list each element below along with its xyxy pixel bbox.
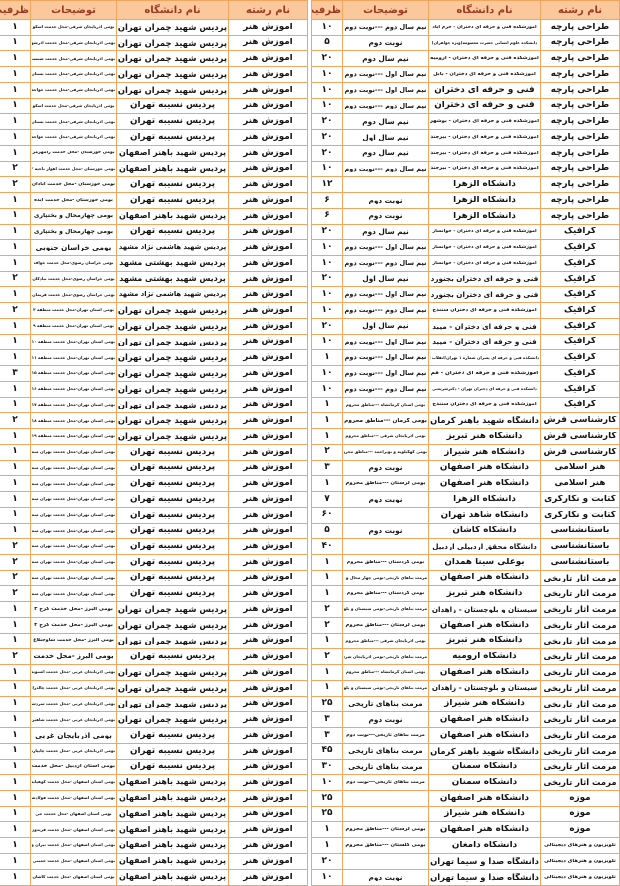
table-row: طراحی پارچهدانشکده علوم انسانی حضرت معصو… xyxy=(312,35,620,51)
cell-major: آموزش هنر xyxy=(229,853,308,869)
table-row: آموزش هنرپردیس شهید چمران تهرانبومی استا… xyxy=(0,381,308,397)
cell-university: دانشگاه هنر شیراز xyxy=(429,806,541,822)
table-row: آموزش هنرپردیس نسیبه تهرانبومی استان تهر… xyxy=(0,539,308,555)
cell-notes: بومی خوزستان -محل خدمت آبادان xyxy=(31,177,117,193)
cell-major: مرمت آثار تاریخی xyxy=(541,775,620,791)
cell-notes: بومی آذربایجان شرقی-محل خدمت خواجه xyxy=(31,130,117,146)
cell-major: آموزش هنر xyxy=(229,381,308,397)
table-row: آموزش هنرپردیس نسیبه تهرانبومی آذربایجان… xyxy=(0,114,308,130)
cell-university: پردیس شهید چمران تهران xyxy=(117,350,229,366)
cell-capacity: ۳ xyxy=(312,728,343,744)
table-row: گرافیکآموزشکده فنی و حرفه ای دختران - خو… xyxy=(312,240,620,256)
cell-notes: نیم سال اول xyxy=(343,271,429,287)
cell-university: دانشگاه الزهرا xyxy=(429,492,541,508)
cell-notes: بومی استان اصفهان -محل خدمت جی xyxy=(31,806,117,822)
table-row: آموزش هنرپردیس شهید چمران تهرانبومی آذرب… xyxy=(0,696,308,712)
cell-capacity: ۱ xyxy=(0,444,31,460)
cell-capacity: ۱ xyxy=(312,350,343,366)
table-row: موزهدانشگاه هنر شیراز۲۵ xyxy=(312,806,620,822)
cell-major: آموزش هنر xyxy=(229,586,308,602)
table-row: گرافیکآموزشکده فنی و حرفه ای دختران - قم… xyxy=(312,366,620,382)
cell-university: پردیس شهید چمران تهران xyxy=(117,20,229,36)
cell-capacity: ۱ xyxy=(0,397,31,413)
table-row: آموزش هنرپردیس نسیبه تهرانبومی آذربایجان… xyxy=(0,728,308,744)
cell-university: دانشگاه هنر تبریز xyxy=(429,429,541,445)
cell-notes: نیم سال اول ---نوبت دوم xyxy=(343,350,429,366)
cell-major: آموزش هنر xyxy=(229,649,308,665)
cell-major: آموزش هنر xyxy=(229,728,308,744)
table-row: هنر اسلامیدانشگاه هنر اصفهاننوبت دوم۳ xyxy=(312,460,620,476)
table-row: موزهدانشگاه هنر اصفهانبومی لرستان ---منا… xyxy=(312,822,620,838)
table-row: آموزش هنرپردیس شهید چمران تهرانبومی آذرب… xyxy=(0,35,308,51)
cell-major: آموزش هنر xyxy=(229,507,308,523)
cell-major: مرمت آثار تاریخی xyxy=(541,665,620,681)
cell-university: دانشگاه صدا و سیما تهران xyxy=(429,853,541,869)
cell-capacity: ۱ xyxy=(0,460,31,476)
table-row: طراحی پارچهآموزشکده فنی و حرفه ای دختران… xyxy=(312,51,620,67)
cell-major: آموزش هنر xyxy=(229,822,308,838)
cell-major: آموزش هنر xyxy=(229,35,308,51)
cell-university: دانشگاه سمنان xyxy=(429,775,541,791)
cell-major: طراحی پارچه xyxy=(541,130,620,146)
cell-major: طراحی پارچه xyxy=(541,51,620,67)
cell-notes: بومی استان تهران-محل خدمت تهران منطقه ۱۵ xyxy=(31,554,117,570)
cell-capacity: ۱۰ xyxy=(312,82,343,98)
cell-university: پردیس شهید چمران تهران xyxy=(117,397,229,413)
cell-notes: بومی کهگیلویه و بویراحمد ---مناطق محروم xyxy=(343,444,429,460)
cell-notes: بومی استان تهران-محل خدمت منطقه ۱۶ xyxy=(31,381,117,397)
cell-major: کارشناسی فرش xyxy=(541,444,620,460)
cell-notes: نیم سال دوم xyxy=(343,224,429,240)
cell-capacity: ۲۵ xyxy=(312,696,343,712)
cell-notes: بومی استان تهران-محل خدمت تهران منطقه ۱۸ xyxy=(31,586,117,602)
cell-notes: مرمت بناهای تاریخی-بومی آذربایجان شرقی -… xyxy=(343,649,429,665)
cell-university: دانشگاه سمنان xyxy=(429,759,541,775)
cell-notes: نیم سال اول ---نوبت دوم xyxy=(343,287,429,303)
cell-university: پردیس شهید چمران تهران xyxy=(117,413,229,429)
cell-notes: بومی البرز -محل خدمت کرج ۴ xyxy=(31,617,117,633)
cell-capacity: ۵ xyxy=(312,523,343,539)
cell-major: موزه xyxy=(541,790,620,806)
cell-university: پردیس شهید هاشمی نژاد مشهد xyxy=(117,240,229,256)
cell-university: فنی و حرفه ای دختران - میبد xyxy=(429,318,541,334)
cell-university: پردیس شهید چمران تهران xyxy=(117,712,229,728)
cell-notes: بومی آذربایجان شرقی-محل خدمت بستان آباد xyxy=(31,67,117,83)
cell-major: مرمت آثار تاریخی xyxy=(541,570,620,586)
table-row: مرمت آثار تاریخیدانشگاه هنر اصفهاننوبت د… xyxy=(312,712,620,728)
cell-university: پردیس شهید چمران تهران xyxy=(117,617,229,633)
cell-notes: مرمت بناهای تاریخی---نوبت دوم xyxy=(343,775,429,791)
cell-capacity: ۱۰ xyxy=(312,20,343,36)
cell-major: کتابت و نگارگری xyxy=(541,492,620,508)
cell-notes: بومی استان کرمانشاه ---مناطق محروم xyxy=(343,665,429,681)
cell-major: آموزش هنر xyxy=(229,775,308,791)
cell-notes: مرمت بناهای تاریخی---نوبت دوم xyxy=(343,728,429,744)
table-row: باستانشناسیدانشگاه کاشاننوبت دوم۵ xyxy=(312,523,620,539)
cell-notes: نیم سال اول ---نوبت دوم xyxy=(343,240,429,256)
cell-major: آموزش هنر xyxy=(229,366,308,382)
cell-university: پردیس نسیبه تهران xyxy=(117,523,229,539)
cell-university: دانشگاه هنر اصفهان xyxy=(429,460,541,476)
cell-notes: نیم سال اول ---نوبت دوم xyxy=(343,67,429,83)
table-row: آموزش هنرپردیس شهید چمران تهرانبومی استا… xyxy=(0,366,308,382)
table-row: آموزش هنرپردیس شهید چمران تهرانبومی استا… xyxy=(0,397,308,413)
cell-university: دانشگاه هنر تبریز xyxy=(429,633,541,649)
cell-notes: نوبت دوم xyxy=(343,193,429,209)
cell-university: دانشگاه شاهد تهران xyxy=(429,507,541,523)
cell-notes: بومی چهارمحال و بختیاری xyxy=(31,208,117,224)
cell-major: گرافیک xyxy=(541,287,620,303)
cell-capacity: ۱ xyxy=(0,680,31,696)
cell-capacity: ۱ xyxy=(0,853,31,869)
cell-capacity: ۱ xyxy=(312,397,343,413)
cell-major: آموزش هنر xyxy=(229,82,308,98)
cell-notes: بومی استان تهران-محل خدمت منطقه ۱۵ xyxy=(31,366,117,382)
table-row: مرمت آثار تاریخیدانشگاه هنر اصفهانبومی ا… xyxy=(312,665,620,681)
cell-notes: بومی خوزستان -محل خدمت ایذه xyxy=(31,193,117,209)
cell-notes: بومی آذربایجان شرقی-محل خدمت خواجه xyxy=(31,82,117,98)
cell-notes: نیم سال اول ---نوبت دوم xyxy=(343,366,429,382)
cell-major: گرافیک xyxy=(541,256,620,272)
cell-capacity: ۱ xyxy=(0,507,31,523)
table-row: آموزش هنرپردیس شهید چمران تهرانبومی آذرب… xyxy=(0,20,308,36)
cell-capacity: ۱ xyxy=(0,350,31,366)
cell-university: پردیس شهید چمران تهران xyxy=(117,665,229,681)
cell-capacity: ۳ xyxy=(0,366,31,382)
cell-notes: مرمت بناهای تاریخی-بومی سیستان و بلوچستا… xyxy=(343,602,429,618)
cell-capacity: ۱ xyxy=(0,287,31,303)
cell-major: گرافیک xyxy=(541,350,620,366)
cell-major: گرافیک xyxy=(541,271,620,287)
cell-major: آموزش هنر xyxy=(229,240,308,256)
table-row: مرمت آثار تاریخیدانشگاه ارومیهمرمت بناها… xyxy=(312,649,620,665)
cell-major: آموزش هنر xyxy=(229,492,308,508)
cell-university: پردیس شهید باهنر اصفهان xyxy=(117,869,229,885)
cell-major: آموزش هنر xyxy=(229,602,308,618)
table-row: آموزش هنرپردیس شهید چمران تهرانبومی آذرب… xyxy=(0,51,308,67)
cell-notes: بومی آذربایجان شرقی-محل خدمت شبستر xyxy=(31,51,117,67)
cell-notes: بومی خوزستان -محل خدمت رامهرمز xyxy=(31,145,117,161)
cell-capacity: ۱۰ xyxy=(312,98,343,114)
table-row: آموزش هنرپردیس شهید باهنر اصفهانبومی است… xyxy=(0,822,308,838)
cell-major: طراحی پارچه xyxy=(541,177,620,193)
table-row: آموزش هنرپردیس نسیبه تهرانبومی آذربایجان… xyxy=(0,130,308,146)
cell-university: آموزشکده فنی و حرفه ای دختران - ارومیه xyxy=(429,51,541,67)
cell-notes: بومی استان اصفهان -محل خدمت کوهپایه xyxy=(31,775,117,791)
table-row: آموزش هنرپردیس نسیبه تهرانبومی استان تهر… xyxy=(0,586,308,602)
cell-university: دانشگاه هنر شیراز xyxy=(429,696,541,712)
cell-university: دانشگاه شهید باهنر کرمان xyxy=(429,743,541,759)
cell-major: آموزش هنر xyxy=(229,271,308,287)
cell-notes: مرمت بناهای تاریخی xyxy=(343,759,429,775)
cell-major: آموزش هنر xyxy=(229,397,308,413)
cell-capacity: ۲ xyxy=(0,570,31,586)
cell-university: پردیس نسیبه تهران xyxy=(117,554,229,570)
cell-capacity: ۱ xyxy=(312,838,343,854)
cell-notes: نیم سال دوم xyxy=(343,145,429,161)
cell-university: پردیس شهید چمران تهران xyxy=(117,303,229,319)
cell-notes: بومی استان اصفهان -محل خدمت تیران و کرون xyxy=(31,838,117,854)
cell-capacity: ۲ xyxy=(312,602,343,618)
cell-capacity: ۱ xyxy=(312,554,343,570)
cell-university: پردیس نسیبه تهران xyxy=(117,130,229,146)
cell-notes xyxy=(343,177,429,193)
cell-university: پردیس نسیبه تهران xyxy=(117,649,229,665)
cell-university: پردیس نسیبه تهران xyxy=(117,507,229,523)
cell-notes: نیم سال اول ---نوبت دوم xyxy=(343,334,429,350)
cell-notes: نوبت دوم xyxy=(343,35,429,51)
cell-notes: بومی استان تهران-محل خدمت منطقه ۱۸ xyxy=(31,413,117,429)
cell-university: فنی و حرفه ای دختران xyxy=(429,98,541,114)
table-row: آموزش هنرپردیس نسیبه تهرانبومی استان تهر… xyxy=(0,570,308,586)
table-row: آموزش هنرپردیس شهید چمران تهرانبومی آذرب… xyxy=(0,82,308,98)
table-row: کارشناسی فرشدانشگاه هنر تبریزبومی آذربای… xyxy=(312,429,620,445)
cell-notes: نیم سال دوم ---نوبت دوم xyxy=(343,20,429,36)
cell-university: پردیس شهید باهنر اصفهان xyxy=(117,806,229,822)
cell-university: پردیس نسیبه تهران xyxy=(117,586,229,602)
cell-capacity: ۱ xyxy=(0,240,31,256)
cell-university: دانشکده فنی و حرفه ای دختران تهران - دکت… xyxy=(429,381,541,397)
cell-university: آموزشکده فنی و حرفه ای دختران - خوانسار xyxy=(429,256,541,272)
cell-capacity: ۱ xyxy=(0,67,31,83)
cell-major: گرافیک xyxy=(541,224,620,240)
cell-major: مرمت آثار تاریخی xyxy=(541,712,620,728)
cell-capacity: ۱۰ xyxy=(312,287,343,303)
cell-university: دانشکده فنی و حرفه ای پسران شماره ۱ تهرا… xyxy=(429,350,541,366)
cell-major: موزه xyxy=(541,822,620,838)
cell-major: آموزش هنر xyxy=(229,287,308,303)
cell-major: تلویزیون و هنرهای دیجیتالی xyxy=(541,869,620,885)
cell-notes: بومی لرستان ---مناطق محروم xyxy=(343,617,429,633)
table-row: آموزش هنرپردیس شهید چمران تهرانبومی البر… xyxy=(0,633,308,649)
table-row: آموزش هنرپردیس شهید چمران تهرانبومی استا… xyxy=(0,334,308,350)
table-row: کتابت و نگارگریدانشگاه الزهرانوبت دوم۷ xyxy=(312,492,620,508)
cell-university: پردیس شهید باهنر اصفهان xyxy=(117,161,229,177)
cell-university: دانشگاه شهید باهنر کرمان xyxy=(429,413,541,429)
table-row: طراحی پارچهدانشگاه الزهرانوبت دوم۶ xyxy=(312,208,620,224)
cell-notes: بومی آذربایجان غربی -محل خدمت اشنویه xyxy=(31,665,117,681)
table-row: گرافیکفنی و حرفه ای دختران بجنوردنیم سال… xyxy=(312,271,620,287)
table-row: طراحی پارچهفنی و حرفه ای دختراننیم سال د… xyxy=(312,98,620,114)
cell-notes: بومی استان تهران-محل خدمت منطقه ۱۷ xyxy=(31,397,117,413)
cell-capacity: ۲۵ xyxy=(312,806,343,822)
table-row: آموزش هنرپردیس شهید هاشمی نژاد مشهدبومی … xyxy=(0,287,308,303)
table-row: مرمت آثار تاریخیدانشگاه هنر تبریزبومی کر… xyxy=(312,586,620,602)
cell-major: موزه xyxy=(541,806,620,822)
cell-major: طراحی پارچه xyxy=(541,114,620,130)
cell-notes: بومی خوزستان -محل خدمت اهواز ناحیه ۲ xyxy=(31,161,117,177)
header-university: نام دانشگاه xyxy=(117,1,229,20)
cell-capacity: ۱۰ xyxy=(312,381,343,397)
cell-capacity: ۱۰ xyxy=(312,366,343,382)
cell-university: پردیس شهید چمران تهران xyxy=(117,696,229,712)
cell-notes: نیم سال دوم ---نوبت دوم xyxy=(343,98,429,114)
cell-major: آموزش هنر xyxy=(229,20,308,36)
cell-capacity: ۱ xyxy=(0,759,31,775)
cell-university: پردیس شهید چمران تهران xyxy=(117,67,229,83)
cell-notes: نیم سال اول xyxy=(343,130,429,146)
table-row: آموزش هنرپردیس شهید بهشتی مشهدبومی خراسا… xyxy=(0,256,308,272)
table-row: گرافیکآموزشکده فنی و حرفه ای دختران - خو… xyxy=(312,256,620,272)
cell-major: آموزش هنر xyxy=(229,193,308,209)
cell-capacity: ۲ xyxy=(0,649,31,665)
cell-notes: نیم سال اول ---نوبت دوم xyxy=(343,82,429,98)
header-major: نام رشته xyxy=(541,1,620,20)
cell-university: پردیس شهید بهشتی مشهد xyxy=(117,256,229,272)
table-row: طراحی پارچهآموزشکده فنی و حرفه ای دختران… xyxy=(312,145,620,161)
cell-major: هنر اسلامی xyxy=(541,460,620,476)
cell-major: طراحی پارچه xyxy=(541,145,620,161)
table-row: آموزش هنرپردیس شهید چمران تهرانبومی آذرب… xyxy=(0,67,308,83)
table-row: مرمت آثار تاریخیدانشگاه سمنانمرمت بناهای… xyxy=(312,759,620,775)
cell-notes: بومی کرمان ---مناطق محروم xyxy=(343,413,429,429)
cell-capacity: ۱ xyxy=(312,570,343,586)
cell-capacity: ۱ xyxy=(312,413,343,429)
cell-capacity: ۱ xyxy=(312,665,343,681)
cell-notes: بومی آذربایجان شرقی-محل خدمت اسکو xyxy=(31,98,117,114)
cell-university: فنی و حرفه ای دختران - میبد xyxy=(429,334,541,350)
cell-notes: نیم سال دوم ---نوبت دوم xyxy=(343,381,429,397)
table-row: طراحی پارچهآموزشکده فنی و حرفه ای دختران… xyxy=(312,114,620,130)
cell-major: آموزش هنر xyxy=(229,759,308,775)
cell-university: دانشگاه صدا و سیما تهران xyxy=(429,869,541,885)
cell-notes: بومی البرز -محل خدمت کرج ۳ xyxy=(31,602,117,618)
table-row: آموزش هنرپردیس شهید چمران تهرانبومی استا… xyxy=(0,413,308,429)
table-row: مرمت آثار تاریخیدانشگاه شهید باهنر کرمان… xyxy=(312,743,620,759)
cell-notes: بومی استان اردبیل -محل خدمت xyxy=(31,759,117,775)
table-row: طراحی پارچهآموزشکده فنی و حرفه ای دختران… xyxy=(312,161,620,177)
table-row: طراحی پارچهآموزشکده فنی و حرفه ای دختران… xyxy=(312,67,620,83)
cell-notes: بومی آذربایجان شرقی-محل خدمت بستان آباد xyxy=(31,114,117,130)
cell-capacity: ۲ xyxy=(0,586,31,602)
cell-university: پردیس نسیبه تهران xyxy=(117,444,229,460)
cell-capacity: ۱ xyxy=(0,256,31,272)
cell-major: مرمت آثار تاریخی xyxy=(541,680,620,696)
cell-capacity: ۱ xyxy=(0,224,31,240)
table-row: مرمت آثار تاریخیدانشگاه هنر اصفهانمرمت ب… xyxy=(312,570,620,586)
cell-notes: بومی البرز -محل خدمت xyxy=(31,649,117,665)
cell-major: طراحی پارچه xyxy=(541,82,620,98)
cell-major: باستانشناسی xyxy=(541,523,620,539)
cell-major: آموزش هنر xyxy=(229,476,308,492)
cell-major: آموزش هنر xyxy=(229,98,308,114)
cell-notes: بومی آذربایجان غربی -محل خدمت چایپاره xyxy=(31,743,117,759)
cell-university: پردیس شهید چمران تهران xyxy=(117,429,229,445)
cell-major: باستانشناسی xyxy=(541,539,620,555)
cell-major: آموزش هنر xyxy=(229,790,308,806)
table-row: هنر اسلامیدانشگاه هنر اصفهانبومی لرستان … xyxy=(312,476,620,492)
cell-notes: بومی استان تهران-محل خدمت منطقه ۹ xyxy=(31,318,117,334)
table-row: آموزش هنرپردیس شهید باهنر اصفهانبومی است… xyxy=(0,853,308,869)
cell-major: طراحی پارچه xyxy=(541,67,620,83)
cell-major: گرافیک xyxy=(541,303,620,319)
cell-university: پردیس شهید چمران تهران xyxy=(117,318,229,334)
table-row: آموزش هنرپردیس شهید چمران تهرانبومی استا… xyxy=(0,303,308,319)
table-row: آموزش هنرپردیس نسیبه تهرانبومی استان تهر… xyxy=(0,460,308,476)
table-row: آموزش هنرپردیس شهید هاشمی نژاد مشهدبومی … xyxy=(0,240,308,256)
table-row: گرافیکفنی و حرفه ای دختران بجنوردنیم سال… xyxy=(312,287,620,303)
table-row: آموزش هنرپردیس نسیبه تهرانبومی استان تهر… xyxy=(0,476,308,492)
cell-major: گرافیک xyxy=(541,397,620,413)
table-row: گرافیکفنی و حرفه ای دختران - میبدنیم سال… xyxy=(312,334,620,350)
header-row: نام رشتهنام دانشگاهتوضیحاتظرفیت xyxy=(312,1,620,20)
cell-university: فنی و حرفه ای دختران بجنورد xyxy=(429,271,541,287)
table-row: مرمت آثار تاریخیسیستان و بلوچستان - زاهد… xyxy=(312,602,620,618)
cell-notes: بومی استان اصفهان -محل خدمت خمینی شهر xyxy=(31,853,117,869)
cell-notes: نوبت دوم xyxy=(343,523,429,539)
table-row: باستانشناسیدانشگاه محقق اردبیلی اردبیل۴۰ xyxy=(312,539,620,555)
cell-university: دانشگاه هنر شیراز xyxy=(429,444,541,460)
table-row: آموزش هنرپردیس نسیبه تهرانبومی البرز -مح… xyxy=(0,649,308,665)
cell-university: پردیس شهید چمران تهران xyxy=(117,366,229,382)
cell-notes: بومی استان تهران-محل خدمت منطقه ۱۹ xyxy=(31,429,117,445)
table-row: طراحی پارچهآموزشکده فنی و حرفه ای دختران… xyxy=(312,20,620,36)
cell-university: دانشگاه دامغان xyxy=(429,838,541,854)
table-row: مرمت آثار تاریخیدانشگاه هنر تبریزبومی آذ… xyxy=(312,633,620,649)
cell-university: پردیس شهید باهنر اصفهان xyxy=(117,838,229,854)
table-row: آموزش هنرپردیس شهید باهنر اصفهانبومی است… xyxy=(0,838,308,854)
cell-capacity: ۱ xyxy=(0,82,31,98)
cell-university: پردیس شهید چمران تهران xyxy=(117,35,229,51)
cell-major: آموزش هنر xyxy=(229,413,308,429)
cell-notes: بومی آذربایجان شرقی-محل خدمت اسکو xyxy=(31,20,117,36)
table-row: آموزش هنرپردیس نسیبه تهرانبومی استان تهر… xyxy=(0,554,308,570)
cell-university: دانشگاه الزهرا xyxy=(429,177,541,193)
header-row: نام رشتهنام دانشگاهتوضیحاتظرفیت xyxy=(0,1,308,20)
cell-major: آموزش هنر xyxy=(229,696,308,712)
cell-capacity: ۲ xyxy=(0,539,31,555)
cell-notes: بومی آذربایجان غربی -محل خدمت چالدران xyxy=(31,680,117,696)
cell-university: آموزشکده فنی و حرفه ای دختران - بوشهر xyxy=(429,114,541,130)
cell-capacity: ۲ xyxy=(312,444,343,460)
cell-notes: بومی استان تهران-محل خدمت منطقه ۱۱ xyxy=(31,350,117,366)
cell-university: آموزشکده فنی و حرفه ای دختران - بیرجند xyxy=(429,130,541,146)
cell-university: پردیس نسیبه تهران xyxy=(117,177,229,193)
cell-university: پردیس نسیبه تهران xyxy=(117,193,229,209)
cell-major: آموزش هنر xyxy=(229,303,308,319)
cell-major: آموزش هنر xyxy=(229,838,308,854)
cell-major: آموزش هنر xyxy=(229,712,308,728)
cell-capacity: ۱ xyxy=(0,114,31,130)
cell-notes: بومی آذربایجان شرقی ---مناطق محروم xyxy=(343,633,429,649)
table-row: آموزش هنرپردیس شهید باهنر اصفهانبومی است… xyxy=(0,806,308,822)
table-row: آموزش هنرپردیس شهید چمران تهرانبومی استا… xyxy=(0,429,308,445)
cell-capacity: ۱ xyxy=(0,838,31,854)
cell-capacity: ۲ xyxy=(0,177,31,193)
cell-university: پردیس شهید چمران تهران xyxy=(117,680,229,696)
table-row: آموزش هنرپردیس نسیبه تهرانبومی آذربایجان… xyxy=(0,98,308,114)
table-row: مرمت آثار تاریخیدانشگاه هنر اصفهانمرمت ب… xyxy=(312,728,620,744)
cell-capacity: ۶ xyxy=(312,208,343,224)
cell-notes: بومی چهارمحال و بختیاری xyxy=(31,224,117,240)
table-row: آموزش هنرپردیس شهید بهشتی مشهدبومی خراسا… xyxy=(0,271,308,287)
cell-major: آموزش هنر xyxy=(229,145,308,161)
cell-major: طراحی پارچه xyxy=(541,161,620,177)
cell-university: آموزشکده فنی و حرفه ای دختران سنندج xyxy=(429,303,541,319)
cell-major: طراحی پارچه xyxy=(541,208,620,224)
cell-major: مرمت آثار تاریخی xyxy=(541,696,620,712)
cell-notes: بومی گلستان ---مناطق محروم xyxy=(343,838,429,854)
cell-university: دانشگاه هنر اصفهان xyxy=(429,665,541,681)
cell-university: پردیس شهید بهشتی مشهد xyxy=(117,271,229,287)
table-row: کارشناسی فرشدانشگاه شهید باهنر کرمانبومی… xyxy=(312,413,620,429)
cell-capacity: ۱۰ xyxy=(312,67,343,83)
cell-major: آموزش هنر xyxy=(229,334,308,350)
cell-capacity: ۳ xyxy=(312,460,343,476)
cell-capacity: ۶۰ xyxy=(312,507,343,523)
table-row: باستانشناسیبوعلی سینا همدانبومی کردستان … xyxy=(312,554,620,570)
cell-notes xyxy=(343,507,429,523)
